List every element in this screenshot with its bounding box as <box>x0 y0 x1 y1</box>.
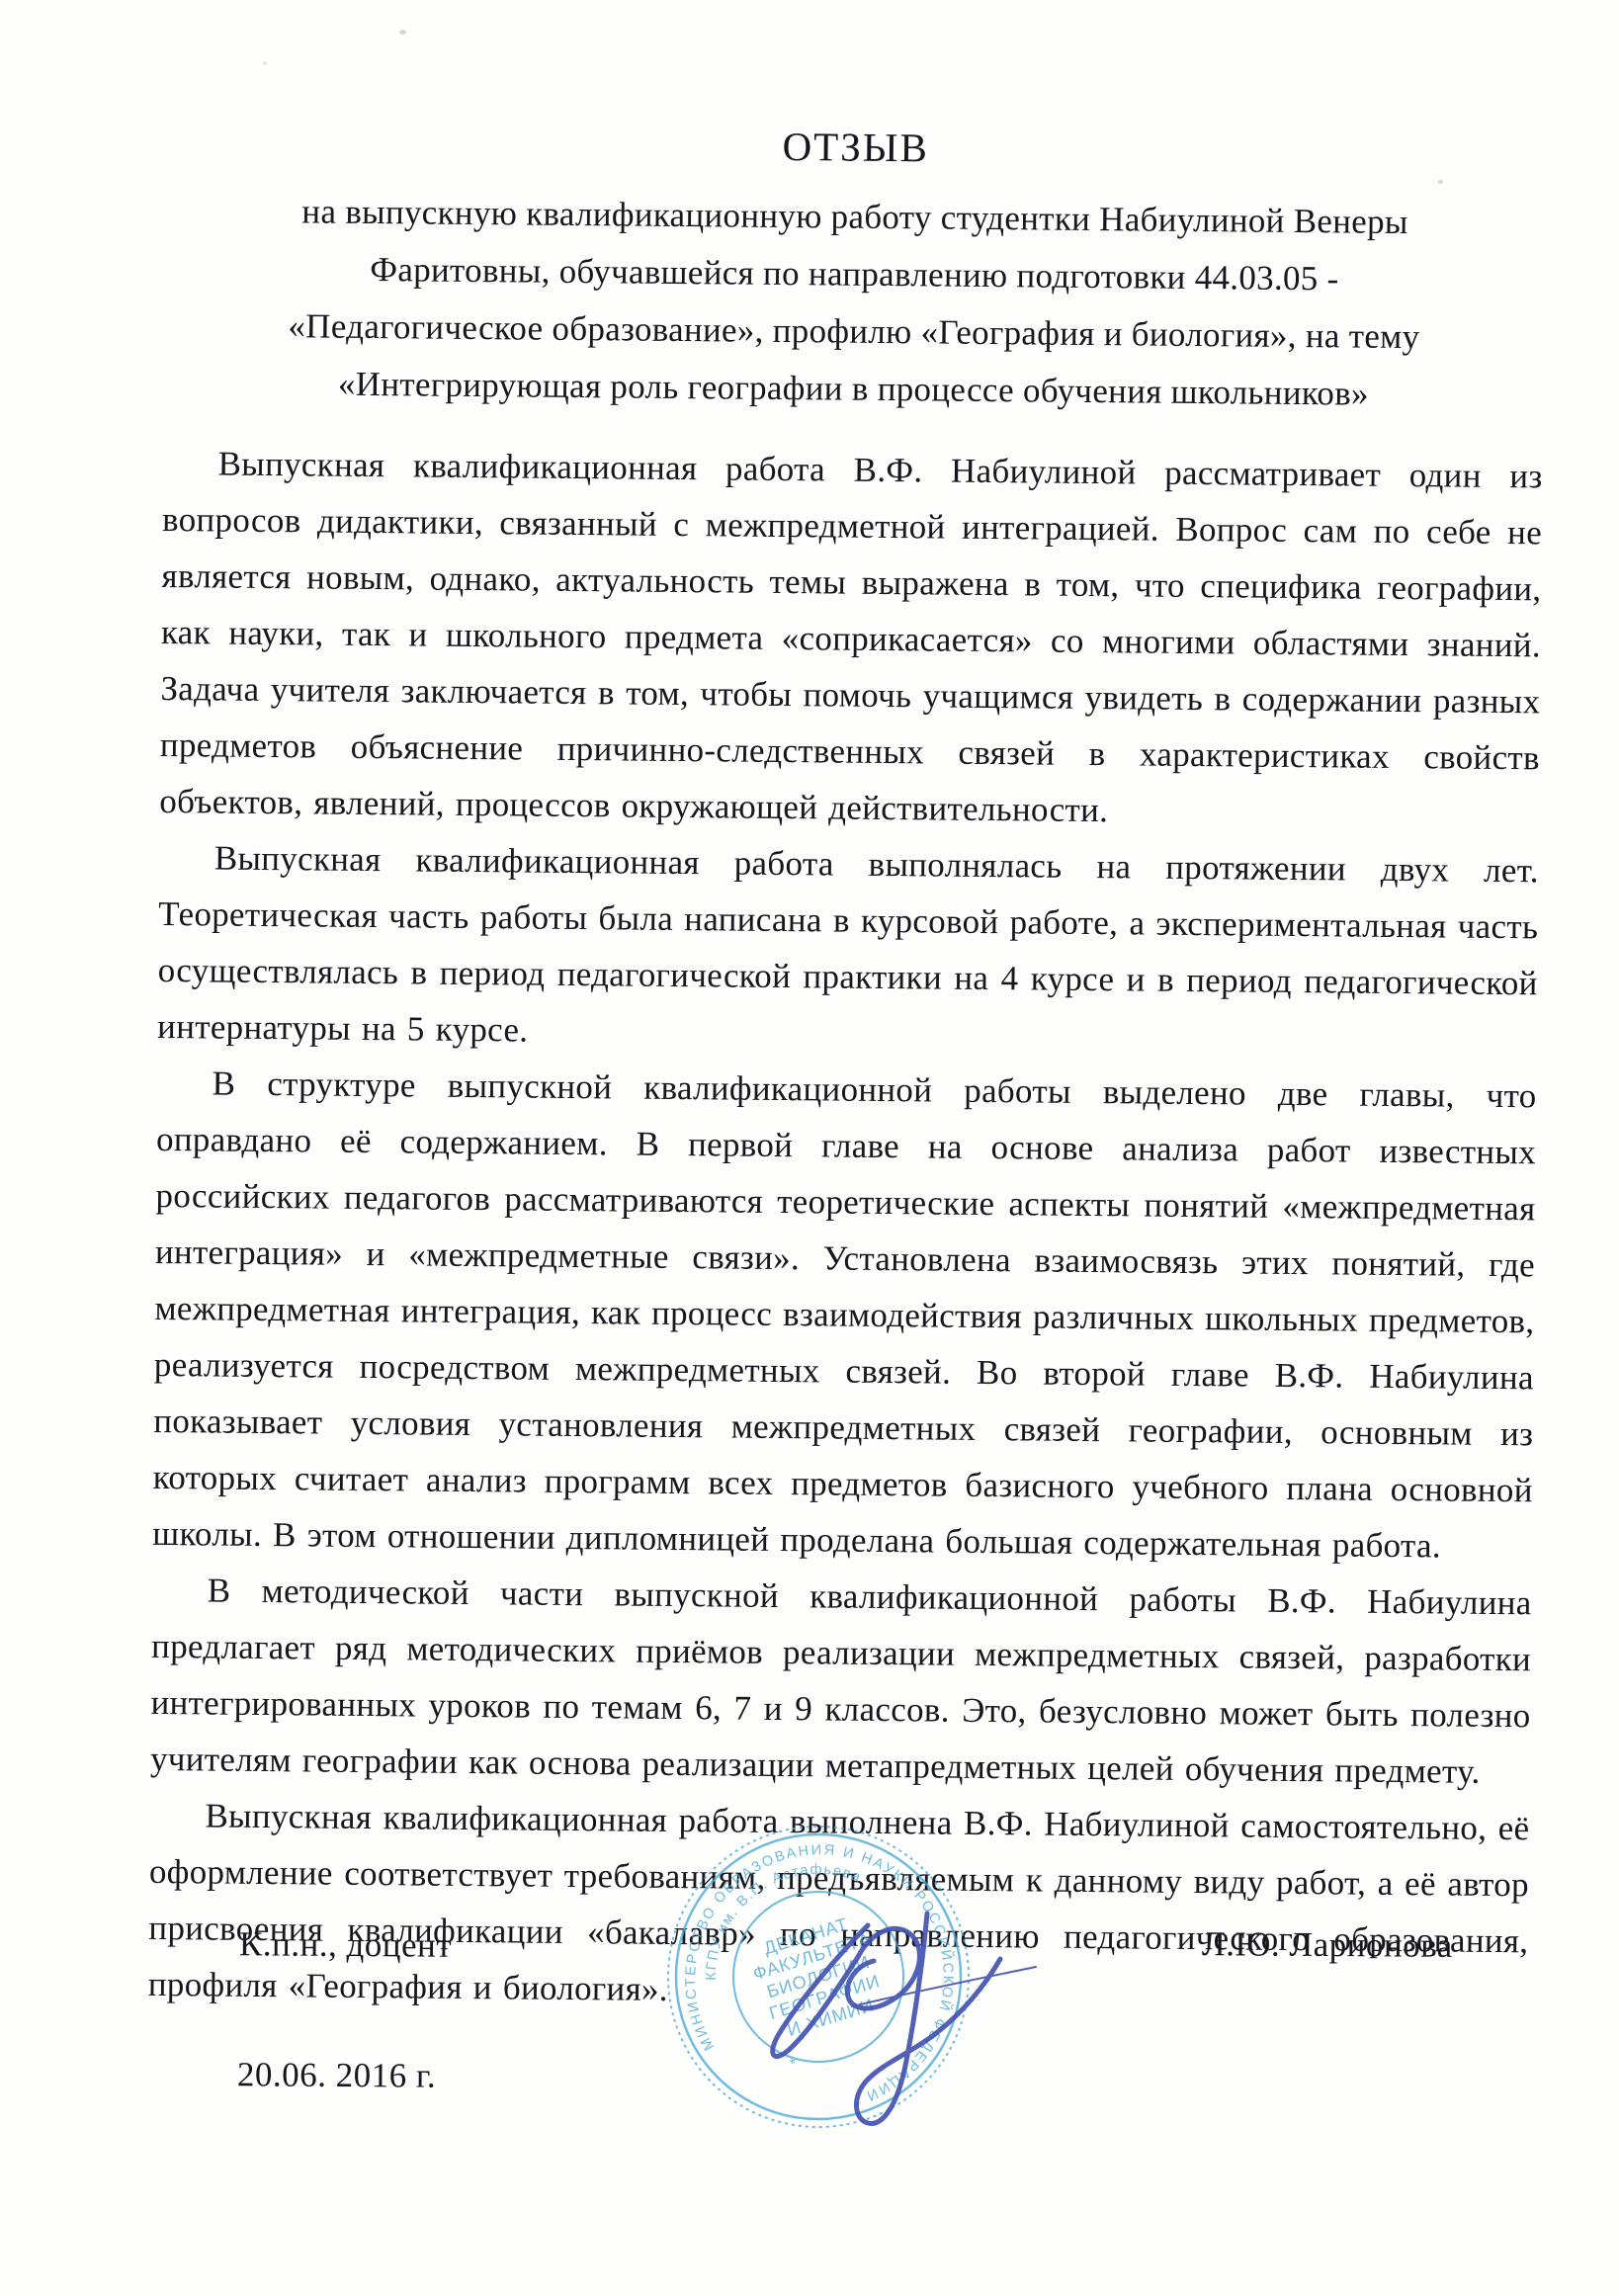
body-paragraph: В структуре выпускной квалификационной р… <box>152 1055 1537 1574</box>
subtitle-line: «Интегрирующая роль географии в процессе… <box>163 354 1543 424</box>
scan-speck <box>263 61 267 65</box>
signature-stroke <box>847 1928 919 2008</box>
scanned-review-page: ОТЗЫВ на выпускную квалификационную рабо… <box>0 0 1619 2296</box>
handwritten-signature <box>731 1868 1087 2155</box>
signature-stroke <box>773 1925 868 2057</box>
review-date: 20.06. 2016 г. <box>237 2055 436 2095</box>
reviewer-position: К.п.н., доцент <box>239 1924 452 1966</box>
review-content: ОТЗЫВ на выпускную квалификационную рабо… <box>148 117 1546 2025</box>
reviewer-name: Л.Ю. Ларионова <box>1202 1924 1453 1966</box>
body-paragraph: В методической части выпускной квалифика… <box>150 1562 1532 1800</box>
signature-stroke <box>856 1913 1000 2123</box>
document-title: ОТЗЫВ <box>166 117 1546 177</box>
signature-tail-stroke <box>852 1967 1036 2006</box>
body-paragraph: Выпускная квалификационная работа выполн… <box>157 829 1539 1067</box>
scan-speck <box>399 30 406 35</box>
document-subtitle: на выпускную квалификационную работу сту… <box>163 182 1545 424</box>
body-paragraph: Выпускная квалификационная работа В.Ф. Н… <box>159 435 1543 842</box>
